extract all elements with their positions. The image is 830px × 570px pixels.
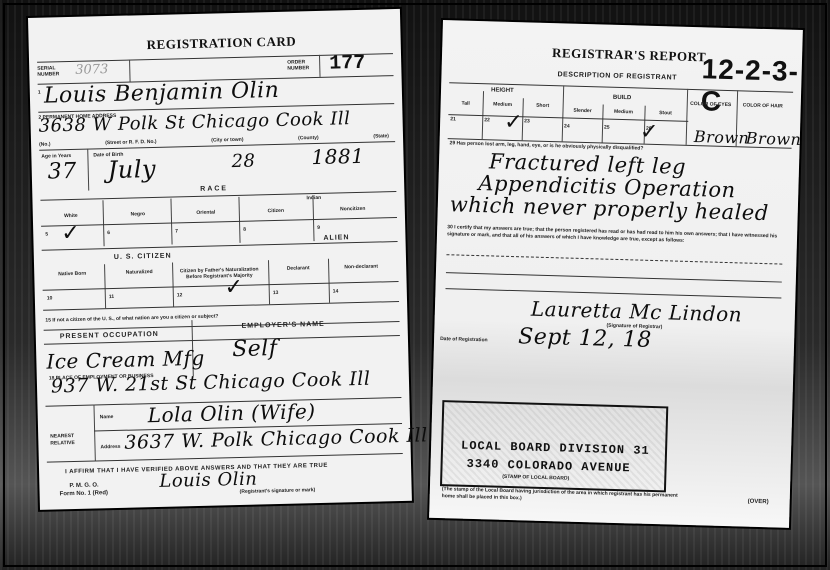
citizenship-item-number: 12: [177, 292, 183, 298]
build-column-label: Stout: [646, 110, 684, 117]
q30-certification: 30 I certify that my answers are true; t…: [447, 224, 787, 247]
citizenship-column-label: Citizen by Father's Naturalization Befor…: [174, 266, 264, 280]
height-column-label: Short: [525, 102, 561, 109]
stamp-line-1: LOCAL BOARD DIVISION 31: [461, 439, 650, 458]
date-of-registration-label: Date of Registration: [440, 336, 488, 343]
citizenship-column-label: Native Born: [44, 270, 100, 277]
citizen-by-father-mark: ✓: [224, 275, 243, 300]
dob-day: 28: [231, 150, 255, 172]
form-id-line1: P. M. G. O.: [69, 482, 98, 489]
eyes-header: COLOR OF EYES: [689, 101, 733, 108]
local-board-stamp: LOCAL BOARD DIVISION 31 3340 COLORADO AV…: [440, 400, 668, 492]
race-item-number: 6: [107, 230, 110, 236]
citizenship-item-number: 14: [333, 289, 339, 295]
relative-name-label: Name: [100, 414, 114, 420]
race-column-label: Oriental: [173, 209, 239, 217]
sublabel-county: (County): [298, 135, 319, 142]
build-mark: ✓: [640, 120, 659, 146]
stamp-line-2: 3340 COLORADO AVENUE: [466, 457, 630, 476]
nearest-relative-label: NEAREST RELATIVE: [50, 433, 90, 448]
race-column-label: White: [43, 212, 99, 219]
race-item-number: 8: [243, 227, 246, 233]
order-number: 177: [329, 52, 366, 76]
over-label: (OVER): [748, 499, 769, 506]
race-column-label: Noncitizen: [315, 205, 391, 213]
race-column-label: Negro: [105, 211, 171, 219]
dob-month: July: [107, 155, 156, 184]
registration-card: REGISTRATION CARD SERIAL NUMBER 3073 ORD…: [28, 9, 412, 510]
sublabel-street: (Street or R. F. D. No.): [105, 139, 157, 146]
registrars-report-title: REGISTRAR'S REPORT: [552, 45, 706, 65]
registrars-report-card: REGISTRAR'S REPORT 12-2-3-C DESCRIPTION …: [429, 20, 803, 528]
alien-header: ALIEN: [323, 234, 349, 242]
registrar-signature: Lauretta Mc Lindon: [531, 297, 743, 327]
race-white-mark: ✓: [61, 221, 80, 246]
order-number-label: ORDER NUMBER: [287, 59, 315, 72]
serial-number-label: SERIAL NUMBER: [37, 65, 63, 78]
home-address: 3638 W Polk St Chicago Cook Ill: [38, 108, 350, 137]
sublabel-no: (No.): [39, 141, 51, 147]
race-item-number: 9: [317, 225, 320, 231]
build-item-number: 25: [604, 125, 642, 132]
height-column-label: Medium: [485, 101, 521, 108]
sublabel-state: (State): [373, 133, 389, 139]
relative-address-label: Address: [100, 444, 120, 450]
form-id-line2: Form No. 1 (Red): [60, 490, 108, 497]
employer-header: EMPLOYER'S NAME: [242, 321, 325, 330]
signature-label: (Registrant's signature or mark): [240, 487, 316, 495]
build-column-label: Slender: [564, 107, 600, 114]
build-item-number: 24: [564, 123, 600, 130]
height-header: HEIGHT: [491, 87, 514, 94]
dob-year: 1881: [311, 144, 364, 169]
build-header: BUILD: [613, 95, 632, 102]
citizenship-column-label: Declarant: [270, 265, 326, 272]
classification-code: 12-2-3-C: [700, 53, 802, 120]
height-mark: ✓: [504, 110, 523, 136]
registrant-name: Louis Benjamin Olin: [44, 78, 280, 109]
stamp-caption: (STAMP OF LOCAL BOARD): [502, 474, 569, 482]
hair-header: COLOR OF HAIR: [739, 102, 787, 109]
us-citizen-header: U. S. CITIZEN: [114, 253, 172, 261]
citizenship-item-number: 13: [273, 290, 279, 296]
height-item-number: 23: [524, 118, 560, 125]
occupation: Ice Cream Mfg: [46, 346, 205, 374]
age: 37: [47, 159, 77, 185]
race-indian-header: Indian: [306, 195, 321, 201]
sublabel-city: (City or town): [211, 137, 243, 144]
field-1-label: 1: [38, 90, 41, 96]
height-item-number: 21: [450, 116, 480, 123]
date-of-registration: Sept 12, 18: [518, 324, 652, 353]
relative-name: Lola Olin (Wife): [147, 399, 315, 427]
race-item-number: 5: [45, 232, 48, 238]
height-column-label: Tall: [451, 100, 481, 107]
citizenship-item-number: 10: [47, 295, 53, 301]
citizenship-item-number: 11: [109, 294, 114, 300]
citizenship-column-label: Non-declarant: [330, 263, 392, 271]
race-column-label: Citizen: [241, 207, 311, 215]
registration-card-title: REGISTRATION CARD: [147, 33, 297, 53]
race-item-number: 7: [175, 228, 178, 234]
race-header: RACE: [200, 185, 228, 193]
employer: Self: [232, 336, 278, 362]
description-header: DESCRIPTION OF REGISTRANT: [557, 71, 677, 81]
serial-number: 3073: [75, 62, 108, 78]
citizenship-column-label: Naturalized: [106, 269, 172, 277]
occupation-header: PRESENT OCCUPATION: [60, 331, 159, 340]
build-column-label: Medium: [604, 109, 642, 116]
